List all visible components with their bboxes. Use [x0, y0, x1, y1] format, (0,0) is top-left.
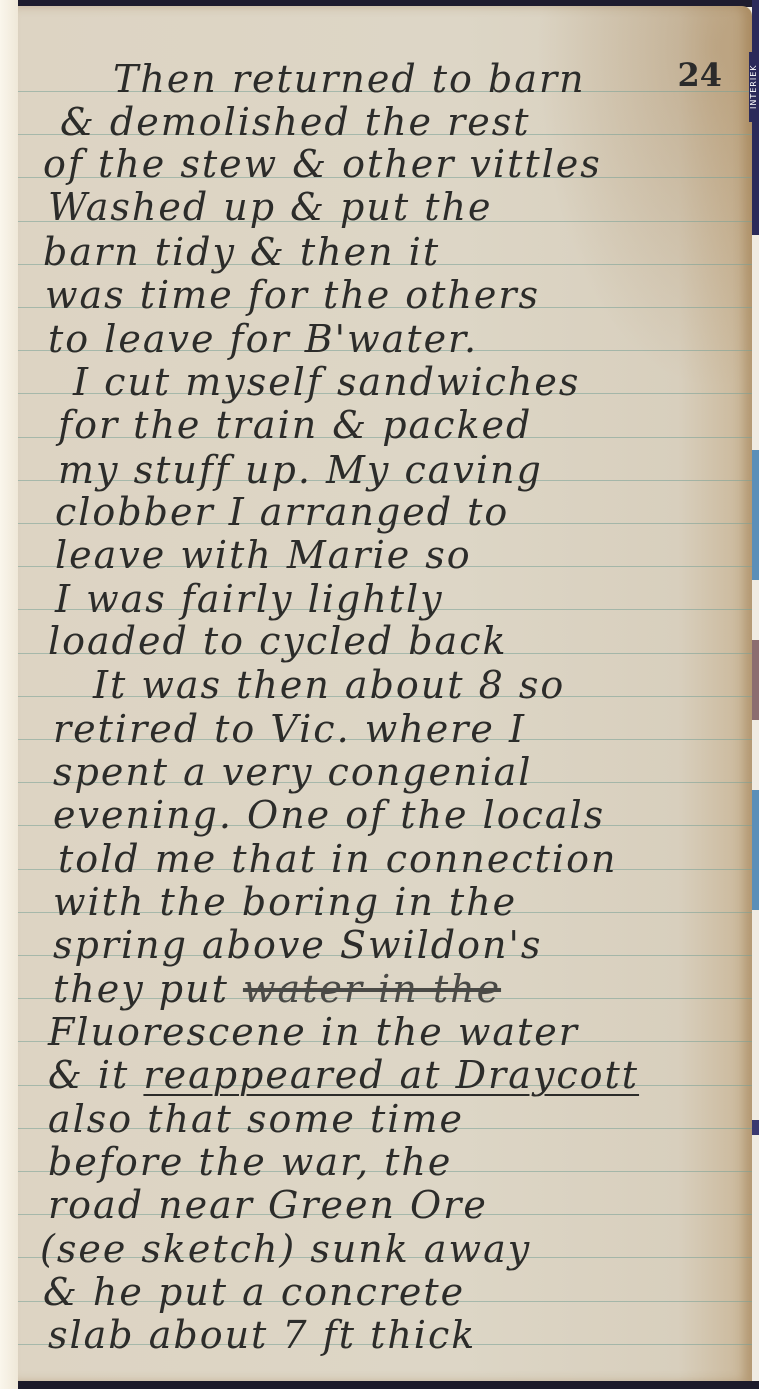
text-line: I was fairly lightly — [55, 578, 444, 620]
text-line: I cut myself sandwiches — [73, 361, 580, 403]
text-line: barn tidy & then it — [43, 231, 440, 273]
text-line: before the war, the — [48, 1141, 452, 1183]
text-line: clobber I arranged to — [55, 491, 509, 533]
edge-blue-band — [752, 450, 759, 580]
text-line: Fluorescene in the water — [48, 1011, 579, 1053]
edge-tab-label: INTERIEK — [749, 52, 759, 122]
text-segment: they put — [53, 967, 243, 1011]
text-line: was time for the others — [45, 274, 540, 316]
text-line: & demolished the rest — [60, 101, 531, 143]
text-line: spring above Swildon's — [53, 924, 542, 966]
text-line: retired to Vic. where I — [53, 708, 526, 750]
underlined-text: reappeared at Draycott — [143, 1053, 639, 1097]
text-line: evening. One of the locals — [53, 794, 605, 836]
text-line: spent a very congenial — [53, 751, 532, 793]
notebook-page: 24 Then returned to barn & demolished th… — [18, 6, 752, 1382]
text-line: & he put a concrete — [43, 1271, 465, 1313]
edge-blue-band — [752, 790, 759, 910]
text-segment: & it — [48, 1053, 143, 1097]
text-line: my stuff up. My caving — [58, 449, 543, 491]
edge-navy-band — [752, 1120, 759, 1135]
struck-out-text: water in the — [243, 967, 501, 1011]
text-line: also that some time — [48, 1098, 464, 1140]
text-line: told me that in connection — [58, 838, 617, 880]
text-line: slab about 7 ft thick — [48, 1314, 476, 1356]
text-line: with the boring in the — [53, 881, 517, 923]
text-line: road near Green Ore — [48, 1184, 488, 1226]
text-line: for the train & packed — [58, 404, 532, 446]
text-line: leave with Marie so — [55, 534, 472, 576]
text-line: It was then about 8 so — [93, 664, 565, 706]
bottom-edge — [18, 1381, 759, 1389]
adjacent-page-edge — [752, 0, 759, 1389]
text-line-with-underline: & it reappeared at Draycott — [48, 1054, 639, 1096]
text-line: of the stew & other vittles — [43, 143, 602, 185]
text-line: loaded to cycled back — [48, 620, 508, 662]
edge-brown-band — [752, 640, 759, 720]
text-line-with-strikethrough: they put water in the — [53, 968, 501, 1010]
text-line: Washed up & put the — [48, 186, 492, 228]
left-margin — [0, 0, 18, 1389]
page-number: 24 — [677, 56, 722, 94]
text-line: Then returned to barn — [113, 58, 586, 100]
text-line: (see sketch) sunk away — [40, 1228, 531, 1270]
text-line: to leave for B'water. — [48, 318, 478, 360]
